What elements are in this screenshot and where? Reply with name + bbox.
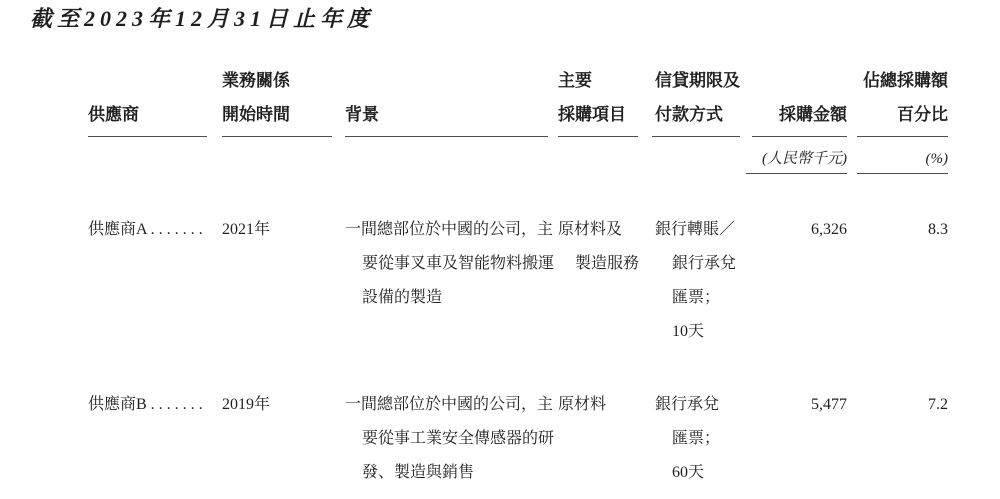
header-rule-amount: [752, 136, 847, 137]
header-rule-supplier: [88, 136, 207, 137]
cell-start-time: 2019年: [222, 388, 337, 422]
header-rule-pct: [857, 136, 948, 137]
cell-amount: 5,477: [737, 388, 847, 422]
cell-start-time: 2021年: [222, 213, 337, 247]
unit-amount: (人民幣千元): [737, 146, 847, 172]
cell-pct: 7.2: [847, 388, 948, 422]
header-items: 主要 採購項目: [558, 64, 648, 132]
cell-amount: 6,326: [737, 213, 847, 247]
header-background: 背景: [345, 98, 559, 132]
unit-pct: (%): [847, 146, 948, 172]
unit-rule-pct: [857, 173, 948, 174]
cell-supplier: 供應商A . . . . . . .: [88, 213, 214, 247]
cell-background: 一間總部位於中國的公司，主 要從事工業安全傳感器的研 發、製造與銷售: [345, 388, 576, 490]
header-rule-start-time: [222, 136, 332, 137]
cell-supplier: 供應商B . . . . . . .: [88, 388, 214, 422]
header-rule-items: [558, 136, 638, 137]
cell-background: 一間總部位於中國的公司，主 要從事叉車及智能物料搬運 設備的製造: [345, 213, 576, 315]
document-page: 截至2023年12月31日止年度 供應商 業務關係 開始時間 背景 主要 採購項…: [0, 0, 1000, 499]
page-title: 截至2023年12月31日止年度: [30, 4, 374, 34]
header-credit: 信貸期限及 付款方式: [655, 64, 749, 132]
cell-items: 原材料及 製造服務: [558, 213, 665, 281]
unit-rule-amount: [746, 173, 847, 174]
header-pct: 佔總採購額 百分比: [847, 64, 948, 132]
cell-pct: 8.3: [847, 213, 948, 247]
cell-items: 原材料: [558, 388, 665, 422]
header-rule-credit: [652, 136, 740, 137]
header-amount: 採購金額: [737, 98, 847, 132]
header-start-time: 業務關係 開始時間: [222, 64, 337, 132]
header-supplier: 供應商: [88, 98, 214, 132]
header-rule-background: [345, 136, 548, 137]
